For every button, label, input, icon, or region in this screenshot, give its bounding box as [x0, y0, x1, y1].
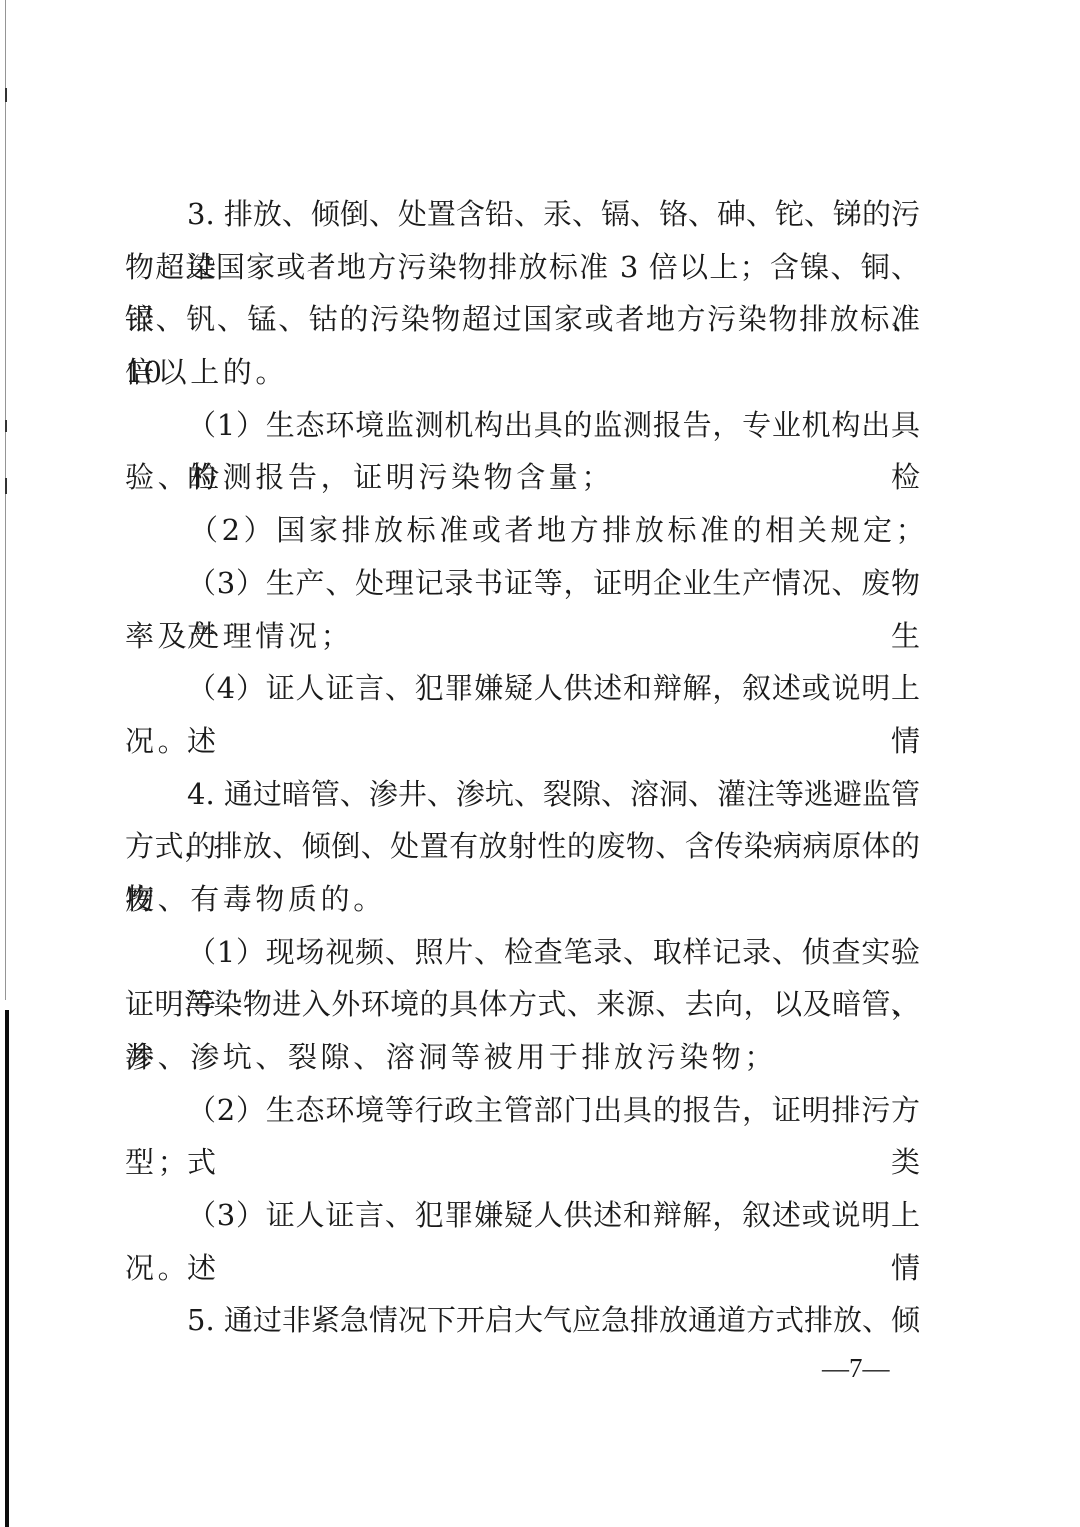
scan-edge-bar: [5, 1010, 9, 1527]
paragraph-item-3-4: （4）证人证言、犯罪嫌疑人供述和辩解，叙述或说明上述情 况。: [125, 662, 920, 767]
paragraph-item-3: 3. 排放、倾倒、处置含铅、汞、镉、铬、砷、铊、锑的污染 物超过国家或者地方污染…: [125, 188, 920, 399]
text-line: 证明污染物进入外环境的具体方式、来源、去向，以及暗管、渗: [125, 978, 920, 1031]
text-line: 物超过国家或者地方污染物排放标准 3 倍以上；含镍、铜、锌、: [125, 241, 920, 294]
text-line: （2）国家排放标准或者地方排放标准的相关规定；: [125, 504, 920, 557]
text-line: 4. 通过暗管、渗井、渗坑、裂隙、溶洞、灌注等逃避监管的: [125, 768, 920, 821]
text-line: 5. 通过非紧急情况下开启大气应急排放通道方式排放、倾: [125, 1294, 920, 1347]
paragraph-item-4-1: （1）现场视频、照片、检查笔录、取样记录、侦查实验等， 证明污染物进入外环境的具…: [125, 926, 920, 1084]
paragraph-item-3-2: （2）国家排放标准或者地方排放标准的相关规定；: [125, 504, 920, 557]
scan-edge-mark: [5, 88, 7, 102]
paragraph-item-4-3: （3）证人证言、犯罪嫌疑人供述和辩解，叙述或说明上述情 况。: [125, 1189, 920, 1294]
text-line: （4）证人证言、犯罪嫌疑人供述和辩解，叙述或说明上述情: [125, 662, 920, 715]
text-line: 井、渗坑、裂隙、溶洞等被用于排放污染物；: [125, 1031, 920, 1084]
text-line: 倍以上的。: [125, 346, 920, 399]
text-line: （1）现场视频、照片、检查笔录、取样记录、侦查实验等，: [125, 926, 920, 979]
paragraph-item-3-1: （1）生态环境监测机构出具的监测报告，专业机构出具的检 验、检测报告，证明污染物…: [125, 399, 920, 504]
text-line: 方式，排放、倾倒、处置有放射性的废物、含传染病病原体的废: [125, 820, 920, 873]
text-line: （1）生态环境监测机构出具的监测报告，专业机构出具的检: [125, 399, 920, 452]
page-number: —7—: [822, 1348, 890, 1388]
text-line: 银、钒、锰、钴的污染物超过国家或者地方污染物排放标准 10: [125, 293, 920, 346]
paragraph-item-4: 4. 通过暗管、渗井、渗坑、裂隙、溶洞、灌注等逃避监管的 方式，排放、倾倒、处置…: [125, 768, 920, 926]
document-body: 3. 排放、倾倒、处置含铅、汞、镉、铬、砷、铊、锑的污染 物超过国家或者地方污染…: [125, 188, 920, 1347]
paragraph-item-4-2: （2）生态环境等行政主管部门出具的报告，证明排污方式类 型；: [125, 1084, 920, 1189]
scan-edge-line: [5, 0, 6, 1000]
text-line: 3. 排放、倾倒、处置含铅、汞、镉、铬、砷、铊、锑的污染: [125, 188, 920, 241]
text-line: （3）生产、处理记录书证等，证明企业生产情况、废物产生: [125, 557, 920, 610]
text-line: 物、有毒物质的。: [125, 873, 920, 926]
text-line: （2）生态环境等行政主管部门出具的报告，证明排污方式类: [125, 1084, 920, 1137]
paragraph-item-3-3: （3）生产、处理记录书证等，证明企业生产情况、废物产生 率及处理情况；: [125, 557, 920, 662]
scan-edge-mark: [5, 420, 7, 432]
paragraph-item-5: 5. 通过非紧急情况下开启大气应急排放通道方式排放、倾: [125, 1294, 920, 1347]
scan-edge-mark: [5, 478, 7, 494]
text-line: （3）证人证言、犯罪嫌疑人供述和辩解，叙述或说明上述情: [125, 1189, 920, 1242]
